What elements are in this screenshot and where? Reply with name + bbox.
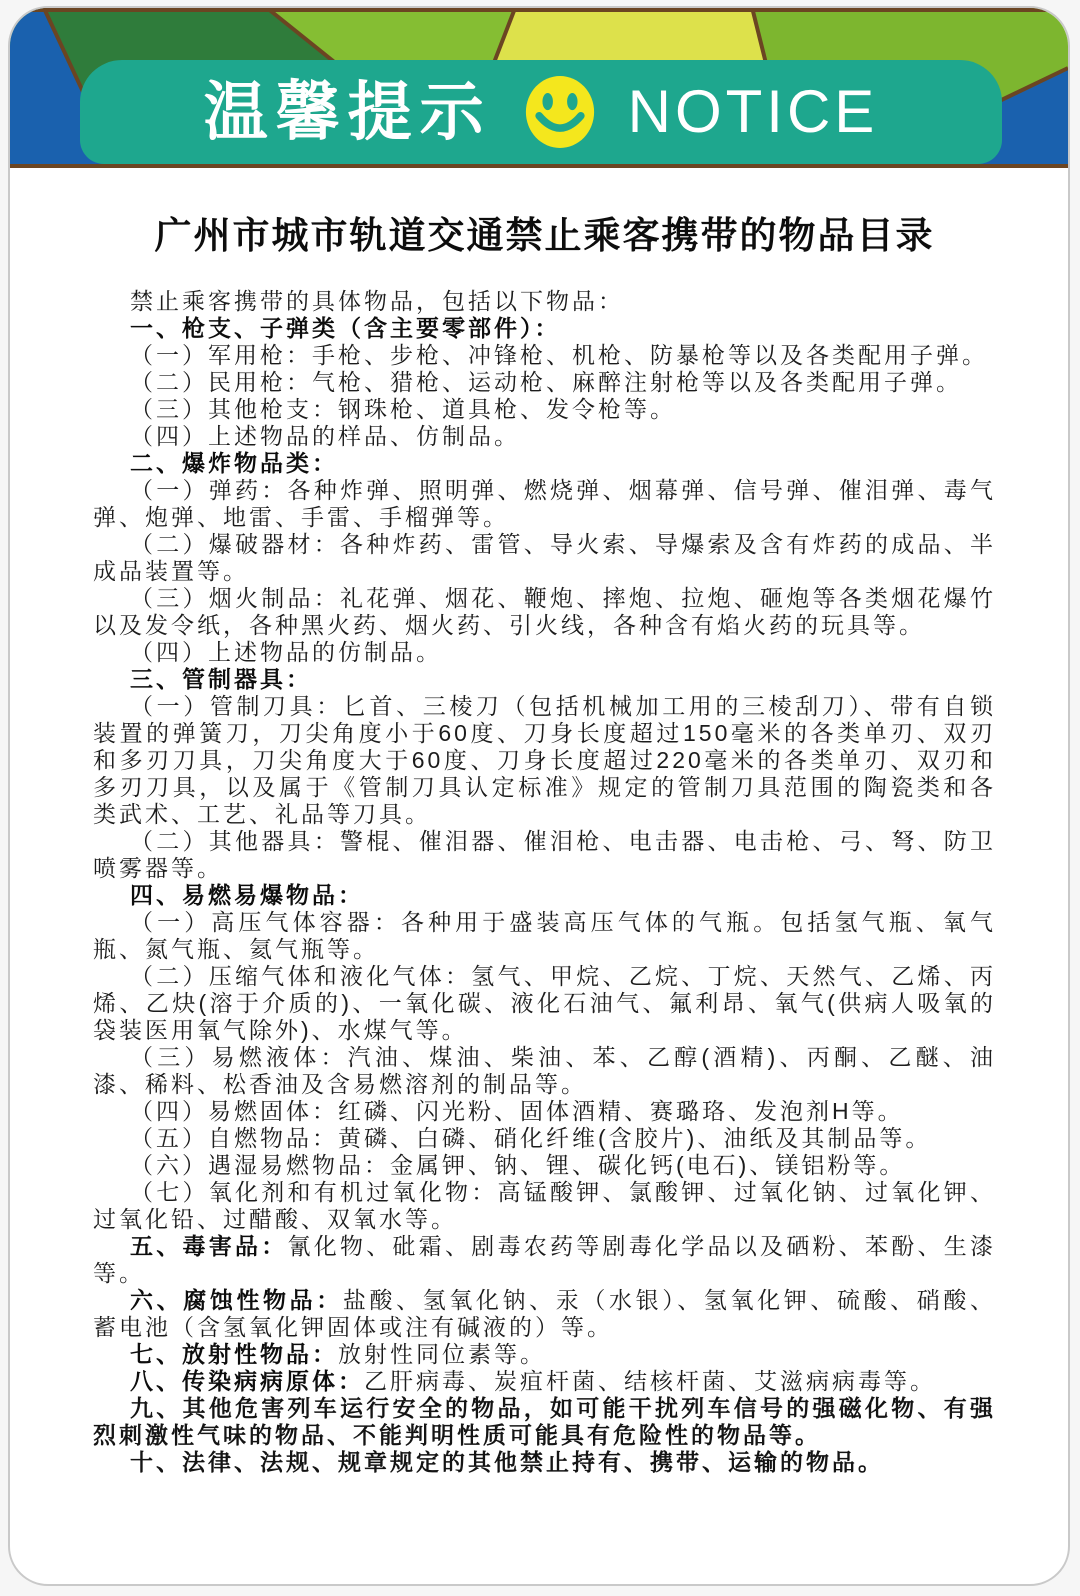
notice-poster: { "colors": { "banner": "#1EA78E", "blue…: [0, 0, 1080, 1596]
doc-paragraph: （二）爆破器材：各种炸药、雷管、导火索、导爆索及含有炸药的成品、半成品装置等。: [93, 531, 996, 585]
paragraph-text: （二）压缩气体和液化气体：氢气、甲烷、乙烷、丁烷、天然气、乙烯、丙烯、乙炔(溶于…: [93, 963, 996, 1043]
paragraph-text: 九、其他危害列车运行安全的物品，如可能干扰列车信号的强磁化物、有强烈刺激性气味的…: [93, 1395, 996, 1448]
doc-paragraph: 禁止乘客携带的具体物品，包括以下物品：: [93, 288, 996, 315]
doc-paragraph: （四）上述物品的仿制品。: [93, 639, 996, 666]
doc-paragraph: （二）民用枪：气枪、猎枪、运动枪、麻醉注射枪等以及各类配用子弹。: [93, 369, 996, 396]
doc-paragraph: 七、放射性物品：放射性同位素等。: [93, 1341, 996, 1368]
banner-title-en: NOTICE: [628, 82, 879, 142]
paragraph-label: 六、腐蚀性物品：: [130, 1287, 343, 1313]
doc-paragraph: （三）其他枪支：钢珠枪、道具枪、发令枪等。: [93, 396, 996, 423]
doc-paragraph: （一）高压气体容器：各种用于盛装高压气体的气瓶。包括氢气瓶、氧气瓶、氮气瓶、氦气…: [93, 909, 996, 963]
header: 温馨提示 NOTICE: [10, 8, 1068, 168]
paragraph-text: 放射性同位素等。: [338, 1341, 546, 1367]
doc-paragraph: （四）上述物品的样品、仿制品。: [93, 423, 996, 450]
paragraph-label: 四、易燃易爆物品：: [130, 882, 364, 908]
paragraph-text: （三）易燃液体：汽油、煤油、柴油、苯、乙醇(酒精)、丙酮、乙醚、油漆、稀料、松香…: [93, 1044, 996, 1097]
smiley-face-icon: [524, 74, 596, 150]
paragraph-text: 乙肝病毒、炭疽杆菌、结核杆菌、艾滋病病毒等。: [364, 1368, 936, 1394]
paragraph-text: （五）自燃物品：黄磷、白磷、硝化纤维(含胶片)、油纸及其制品等。: [130, 1125, 931, 1151]
doc-paragraph: （四）易燃固体：红磷、闪光粉、固体酒精、赛璐珞、发泡剂H等。: [93, 1098, 996, 1125]
paragraph-label: 一、枪支、子弹类（含主要零部件）：: [130, 315, 561, 341]
paragraph-label: 三、管制器具：: [130, 666, 312, 692]
paragraph-text: （六）遇湿易燃物品：金属钾、钠、锂、碳化钙(电石)、镁铝粉等。: [130, 1152, 905, 1178]
doc-paragraph: 四、易燃易爆物品：: [93, 882, 996, 909]
doc-paragraph: （一）管制刀具：匕首、三棱刀（包括机械加工用的三棱刮刀）、带有自锁装置的弹簧刀，…: [93, 693, 996, 828]
document-body: 禁止乘客携带的具体物品，包括以下物品： 一、枪支、子弹类（含主要零部件）： （一…: [93, 288, 996, 1476]
doc-paragraph: （三）烟火制品：礼花弹、烟花、鞭炮、摔炮、拉炮、砸炮等各类烟花爆竹以及发令纸，各…: [93, 585, 996, 639]
notice-banner: 温馨提示 NOTICE: [80, 60, 1002, 164]
paragraph-text: （二）其他器具：警棍、催泪器、催泪枪、电击器、电击枪、弓、弩、防卫喷雾器等。: [93, 828, 996, 881]
paragraph-text: （一）高压气体容器：各种用于盛装高压气体的气瓶。包括氢气瓶、氧气瓶、氮气瓶、氦气…: [93, 909, 996, 962]
paragraph-text: 禁止乘客携带的具体物品，包括以下物品：: [130, 288, 624, 314]
doc-paragraph: 九、其他危害列车运行安全的物品，如可能干扰列车信号的强磁化物、有强烈刺激性气味的…: [93, 1395, 996, 1449]
paragraph-text: （一）管制刀具：匕首、三棱刀（包括机械加工用的三棱刮刀）、带有自锁装置的弹簧刀，…: [93, 693, 996, 827]
doc-paragraph: 二、爆炸物品类：: [93, 450, 996, 477]
doc-paragraph: （一）军用枪：手枪、步枪、冲锋枪、机枪、防暴枪等以及各类配用子弹。: [93, 342, 996, 369]
doc-paragraph: （一）弹药：各种炸弹、照明弹、燃烧弹、烟幕弹、信号弹、催泪弹、毒气弹、炮弹、地雷…: [93, 477, 996, 531]
notice-card: 温馨提示 NOTICE 广州市城市轨道交通禁止乘客携带的物品目录 禁止乘客携带的…: [8, 6, 1070, 1586]
doc-paragraph: （二）其他器具：警棍、催泪器、催泪枪、电击器、电击枪、弓、弩、防卫喷雾器等。: [93, 828, 996, 882]
doc-paragraph: （六）遇湿易燃物品：金属钾、钠、锂、碳化钙(电石)、镁铝粉等。: [93, 1152, 996, 1179]
paragraph-label: 八、传染病病原体：: [130, 1368, 364, 1394]
paragraph-text: 十、法律、法规、规章规定的其他禁止持有、携带、运输的物品。: [130, 1449, 884, 1475]
paragraph-text: （一）弹药：各种炸弹、照明弹、燃烧弹、烟幕弹、信号弹、催泪弹、毒气弹、炮弹、地雷…: [93, 477, 996, 530]
paragraph-text: （三）其他枪支：钢珠枪、道具枪、发令枪等。: [130, 396, 676, 422]
doc-paragraph: 一、枪支、子弹类（含主要零部件）：: [93, 315, 996, 342]
document: 广州市城市轨道交通禁止乘客携带的物品目录 禁止乘客携带的具体物品，包括以下物品：…: [10, 214, 1068, 1476]
page-title: 广州市城市轨道交通禁止乘客携带的物品目录: [93, 214, 996, 258]
doc-paragraph: 六、腐蚀性物品：盐酸、氢氧化钠、汞（水银）、氢氧化钾、硫酸、硝酸、蓄电池（含氢氧…: [93, 1287, 996, 1341]
paragraph-text: （一）军用枪：手枪、步枪、冲锋枪、机枪、防暴枪等以及各类配用子弹。: [130, 342, 988, 368]
paragraph-text: （三）烟火制品：礼花弹、烟花、鞭炮、摔炮、拉炮、砸炮等各类烟花爆竹以及发令纸，各…: [93, 585, 996, 638]
doc-paragraph: 十、法律、法规、规章规定的其他禁止持有、携带、运输的物品。: [93, 1449, 996, 1476]
paragraph-text: （四）上述物品的样品、仿制品。: [130, 423, 520, 449]
doc-paragraph: （三）易燃液体：汽油、煤油、柴油、苯、乙醇(酒精)、丙酮、乙醚、油漆、稀料、松香…: [93, 1044, 996, 1098]
paragraph-text: （二）民用枪：气枪、猎枪、运动枪、麻醉注射枪等以及各类配用子弹。: [130, 369, 962, 395]
doc-paragraph: 三、管制器具：: [93, 666, 996, 693]
paragraph-text: （二）爆破器材：各种炸药、雷管、导火索、导爆索及含有炸药的成品、半成品装置等。: [93, 531, 996, 584]
doc-paragraph: 五、毒害品：氰化物、砒霜、剧毒农药等剧毒化学品以及硒粉、苯酚、生漆等。: [93, 1233, 996, 1287]
paragraph-text: （四）易燃固体：红磷、闪光粉、固体酒精、赛璐珞、发泡剂H等。: [130, 1098, 904, 1124]
banner-title-cn: 温馨提示: [204, 80, 492, 144]
doc-paragraph: 八、传染病病原体：乙肝病毒、炭疽杆菌、结核杆菌、艾滋病病毒等。: [93, 1368, 996, 1395]
paragraph-label: 二、爆炸物品类：: [130, 450, 338, 476]
doc-paragraph: （五）自燃物品：黄磷、白磷、硝化纤维(含胶片)、油纸及其制品等。: [93, 1125, 996, 1152]
doc-paragraph: （二）压缩气体和液化气体：氢气、甲烷、乙烷、丁烷、天然气、乙烯、丙烯、乙炔(溶于…: [93, 963, 996, 1044]
paragraph-label: 七、放射性物品：: [130, 1341, 338, 1367]
doc-paragraph: （七）氧化剂和有机过氧化物：高锰酸钾、氯酸钾、过氧化钠、过氧化钾、过氧化铅、过醋…: [93, 1179, 996, 1233]
paragraph-label: 五、毒害品：: [130, 1233, 288, 1259]
paragraph-text: （四）上述物品的仿制品。: [130, 639, 442, 665]
paragraph-text: （七）氧化剂和有机过氧化物：高锰酸钾、氯酸钾、过氧化钠、过氧化钾、过氧化铅、过醋…: [93, 1179, 996, 1232]
